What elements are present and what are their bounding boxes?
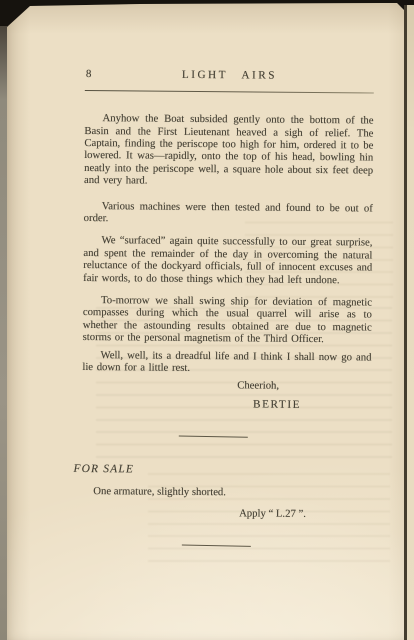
underlying-page-edge: [404, 5, 414, 640]
paragraph-3: We “surfaced” again quite successfully t…: [83, 234, 372, 286]
scanner-edge-left: [0, 26, 7, 640]
printed-content: 8 LIGHT AIRS Anyhow the Boat subsided ge…: [81, 68, 374, 548]
paragraph-1: Anyhow the Boat subsided gently onto the…: [84, 112, 374, 189]
for-sale-item: One armature, slightly shorted.: [93, 485, 370, 500]
divider-rule: [179, 436, 248, 439]
paragraph-4: To-morrow we shall swing ship for deviat…: [83, 294, 372, 346]
for-sale-apply: Apply “ L.27 ”.: [239, 508, 370, 522]
page-header: 8 LIGHT AIRS: [85, 68, 374, 85]
page-number: 8: [86, 68, 92, 80]
signoff: Cheerioh,: [237, 379, 371, 393]
paragraph-2: Various machines were then tested and fo…: [84, 200, 373, 227]
header-rule: [85, 90, 374, 94]
paragraph-5: Well, well, its a dreadful life and I th…: [82, 349, 371, 376]
for-sale-heading: FOR SALE: [73, 463, 370, 478]
scanned-book-page: 8 LIGHT AIRS Anyhow the Boat subsided ge…: [0, 0, 414, 640]
signature: BERTIE: [253, 398, 371, 411]
page-title: LIGHT AIRS: [85, 68, 374, 83]
